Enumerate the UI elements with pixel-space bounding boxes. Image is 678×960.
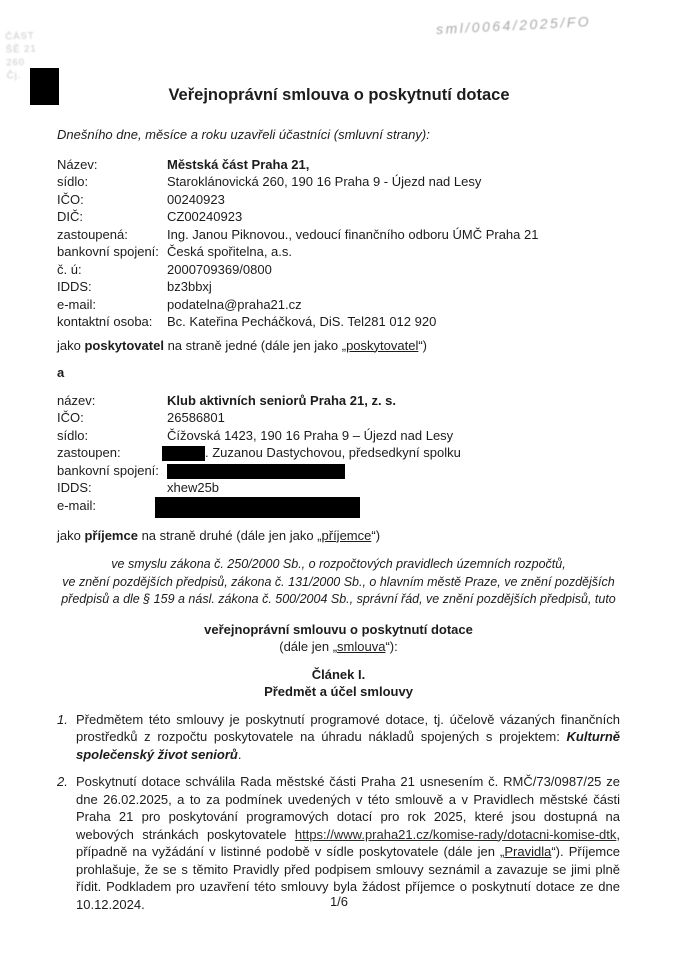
redaction-box [167,464,345,479]
field-label: název: [57,392,167,410]
field-label: zastoupen: [57,444,167,462]
role-text: “) [418,338,427,353]
field-label: č. ú: [57,261,167,279]
heading-sub-text: (dále jen „ [279,639,337,654]
item-number: 2. [57,773,76,913]
field-label: bankovní spojení: [57,462,167,480]
role-text: na straně druhé (dále jen jako „ [138,528,322,543]
recipient-row-nazev: název: Klub aktivních seniorů Praha 21, … [57,392,620,410]
article-heading: Článek I. Předmět a účel smlouvy [57,666,620,701]
recipient-details: název: Klub aktivních seniorů Praha 21, … [57,392,620,519]
heading-sub-term: smlouva [337,639,385,654]
recipient-row-zastoupen: zastoupen: . Zuzanou Dastychovou, předse… [57,444,620,462]
field-value: Ing. Janou Piknovou., vedoucí finančního… [167,226,620,244]
field-value [167,497,620,518]
role-term-bold: poskytovatel [84,338,163,353]
field-label: e-mail: [57,497,167,515]
provider-row-nazev: Název: Městská část Praha 21, [57,156,620,174]
document-title: Veřejnoprávní smlouva o poskytnutí dotac… [0,87,678,105]
field-label: IDDS: [57,278,167,296]
field-label: zastoupená: [57,226,167,244]
field-value: 26586801 [167,409,620,427]
field-label: sídlo: [57,427,167,445]
field-label: Název: [57,156,167,174]
legal-clause-line: ve smyslu zákona č. 250/2000 Sb., o rozp… [25,556,652,574]
field-value: . Zuzanou Dastychovou, předsedkyní spolk… [167,444,620,462]
document-body: Dnešního dne, měsíce a roku uzavřeli úča… [57,126,620,913]
list-item: 2. Poskytnutí dotace schválila Rada měst… [57,773,620,913]
recipient-row-email: e-mail: [57,497,620,519]
provider-row-dic: DIČ: CZ00240923 [57,208,620,226]
field-value: xhew25b [167,479,620,497]
legal-clause-line: ve znění pozdějších předpisů, zákona č. … [25,574,652,592]
heading-sub-text: “): [385,639,397,654]
provider-row-ico: IČO: 00240923 [57,191,620,209]
contract-heading: veřejnoprávní smlouvu o poskytnutí dotac… [57,621,620,656]
praha21-dotace-link[interactable]: https://www.praha21.cz/komise-rady/dotac… [295,827,617,842]
item-text: Předmětem této smlouvy je poskytnutí pro… [76,711,620,764]
legal-clause: ve smyslu zákona č. 250/2000 Sb., o rozp… [25,556,652,609]
field-value: Čížovská 1423, 190 16 Praha 9 – Újezd na… [167,427,620,445]
recipient-row-ico: IČO: 26586801 [57,409,620,427]
stamp-line: ČÁST [5,29,36,43]
provider-row-zastoupena: zastoupená: Ing. Janou Piknovou., vedouc… [57,226,620,244]
item-text-run: Předmětem této smlouvy je poskytnutí pro… [76,712,620,745]
contract-heading-sub: (dále jen „smlouva“): [57,638,620,656]
field-value: Bc. Kateřina Pecháčková, DiS. Tel281 012… [167,313,620,331]
recipient-role-line: jako příjemce na straně druhé (dále jen … [57,527,620,545]
contract-heading-main: veřejnoprávní smlouvu o poskytnutí dotac… [57,621,620,639]
item-text-run: . [238,747,242,762]
field-value: bz3bbxj [167,278,620,296]
role-term-quoted: poskytovatel [346,338,418,353]
provider-role-line: jako poskytovatel na straně jedné (dále … [57,337,620,355]
role-text: na straně jedné (dále jen jako „ [164,338,346,353]
role-text: jako [57,338,84,353]
recipient-row-bankovni-spojeni: bankovní spojení: [57,462,620,480]
handwritten-reference: sml/0064/2025/FO [436,11,637,39]
field-value: 00240923 [167,191,620,209]
role-term-quoted: příjemce [322,528,372,543]
field-value: Klub aktivních seniorů Praha 21, z. s. [167,392,620,410]
field-value: Městská část Praha 21, [167,156,620,174]
list-item: 1. Předmětem této smlouvy je poskytnutí … [57,711,620,764]
provider-row-idds: IDDS: bz3bbxj [57,278,620,296]
article-number: Článek I. [57,666,620,684]
provider-row-cislo-uctu: č. ú: 2000709369/0800 [57,261,620,279]
field-label: IČO: [57,409,167,427]
article-title: Předmět a účel smlouvy [57,683,620,701]
field-label: sídlo: [57,173,167,191]
field-label: IDDS: [57,479,167,497]
redaction-box [162,446,205,461]
provider-row-sidlo: sídlo: Staroklánovická 260, 190 16 Praha… [57,173,620,191]
role-term-bold: příjemce [84,528,137,543]
recipient-row-sidlo: sídlo: Čížovská 1423, 190 16 Praha 9 – Ú… [57,427,620,445]
article-items: 1. Předmětem této smlouvy je poskytnutí … [57,711,620,914]
pravidla-term: Pravidla [504,844,551,859]
field-value-text: . Zuzanou Dastychovou, předsedkyní spolk… [205,445,461,460]
field-value: podatelna@praha21.cz [167,296,620,314]
provider-row-email: e-mail: podatelna@praha21.cz [57,296,620,314]
field-value [167,462,620,480]
item-text: Poskytnutí dotace schválila Rada městské… [76,773,620,913]
provider-row-kontaktni-osoba: kontaktní osoba: Bc. Kateřina Pecháčková… [57,313,620,331]
role-text: “) [371,528,380,543]
field-label: kontaktní osoba: [57,313,167,331]
item-number: 1. [57,711,76,764]
party-separator: a [57,364,620,382]
field-label: IČO: [57,191,167,209]
field-label: e-mail: [57,296,167,314]
field-label: bankovní spojení: [57,243,167,261]
page-number: 1/6 [0,893,678,911]
intro-line: Dnešního dne, měsíce a roku uzavřeli úča… [57,126,620,144]
document-page: sml/0064/2025/FO ČÁST ŠĚ 21 260 Čj. Veře… [0,0,678,960]
provider-details: Název: Městská část Praha 21, sídlo: Sta… [57,156,620,331]
recipient-row-idds: IDDS: xhew25b [57,479,620,497]
field-label: DIČ: [57,208,167,226]
role-text: jako [57,528,84,543]
field-value: Staroklánovická 260, 190 16 Praha 9 - Új… [167,173,620,191]
legal-clause-line: předpisů a dle § 159 a násl. zákona č. 5… [25,591,652,609]
redaction-box [155,497,360,518]
provider-row-bankovni-spojeni: bankovní spojení: Česká spořitelna, a.s. [57,243,620,261]
field-value: 2000709369/0800 [167,261,620,279]
field-value: CZ00240923 [167,208,620,226]
field-value: Česká spořitelna, a.s. [167,243,620,261]
stamp-line: ŠĚ 21 [6,42,37,56]
